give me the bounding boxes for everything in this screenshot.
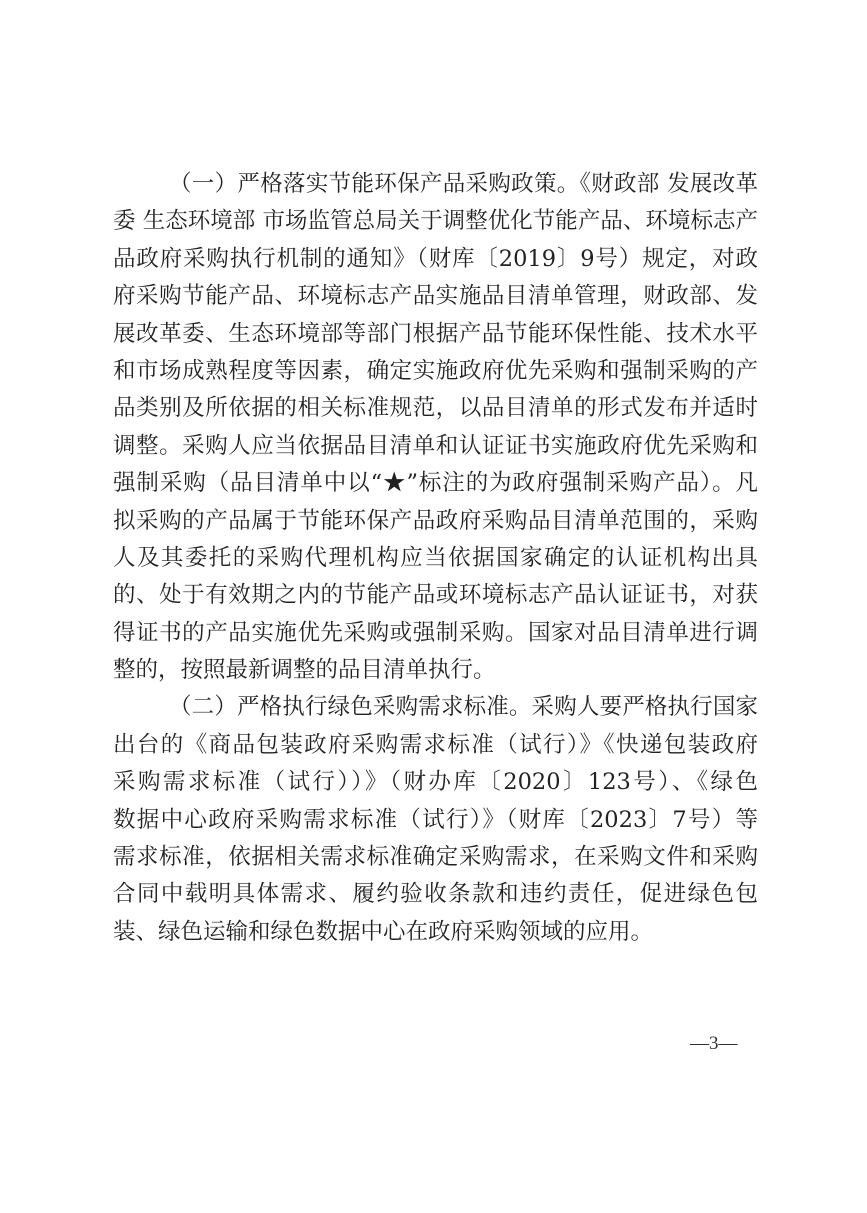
paragraph-line: 出台的《商品包装政府采购需求标准（试行）》《快递包装政府 [113,727,758,764]
paragraph-line: 采购需求标准（试行））》（财办库〔2020〕123号）、《绿色 [113,764,758,801]
paragraph-line: （二）严格执行绿色采购需求标准。采购人要严格执行国家 [113,689,758,726]
document-body: （一）严格落实节能环保产品采购政策。《财政部 发展改革 委 生态环境部 市场监管… [113,166,758,951]
paragraph-line: 合同中载明具体需求、履约验收条款和违约责任，促进绿色包 [113,876,758,913]
paragraph-line: 人及其委托的采购代理机构应当依据国家确定的认证机构出具 [113,540,758,577]
paragraph-line: 府采购节能产品、环境标志产品实施品目清单管理，财政部、发 [113,278,758,315]
paragraph-line: 品政府采购执行机制的通知》（财库〔2019〕9号）规定，对政 [113,241,758,278]
paragraph-line: 展改革委、生态环境部等部门根据产品节能环保性能、技术水平 [113,316,758,353]
paragraph-line: 装、绿色运输和绿色数据中心在政府采购领域的应用。 [113,914,758,951]
paragraph-line: 调整。采购人应当依据品目清单和认证证书实施政府优先采购和 [113,428,758,465]
paragraph-line: 和市场成熟程度等因素，确定实施政府优先采购和强制采购的产 [113,353,758,390]
paragraph-2: （二）严格执行绿色采购需求标准。采购人要严格执行国家 出台的《商品包装政府采购需… [113,689,758,951]
paragraph-line: 整的，按照最新调整的品目清单执行。 [113,652,758,689]
paragraph-line: 数据中心政府采购需求标准（试行）》（财库〔2023〕7号）等 [113,802,758,839]
paragraph-line: 拟采购的产品属于节能环保产品政府采购品目清单范围的，采购 [113,503,758,540]
paragraph-line: 强制采购（品目清单中以“★”标注的为政府强制采购产品）。凡 [113,465,758,502]
paragraph-1: （一）严格落实节能环保产品采购政策。《财政部 发展改革 委 生态环境部 市场监管… [113,166,758,689]
paragraph-line: 得证书的产品实施优先采购或强制采购。国家对品目清单进行调 [113,615,758,652]
paragraph-line: 委 生态环境部 市场监管总局关于调整优化节能产品、环境标志产 [113,203,758,240]
paragraph-line: 的、处于有效期之内的节能产品或环境标志产品认证证书，对获 [113,577,758,614]
paragraph-line: （一）严格落实节能环保产品采购政策。《财政部 发展改革 [113,166,758,203]
page-number: —3— [690,1033,738,1055]
paragraph-line: 品类别及所依据的相关标准规范，以品目清单的形式发布并适时 [113,390,758,427]
paragraph-line: 需求标准，依据相关需求标准确定采购需求，在采购文件和采购 [113,839,758,876]
